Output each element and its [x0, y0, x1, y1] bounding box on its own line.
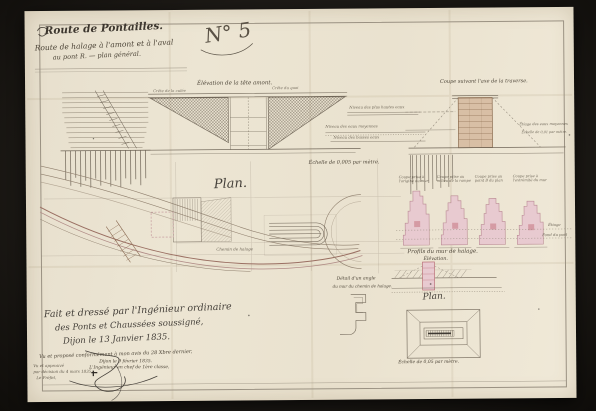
water-line-label-1: Niveau des plus hautes eaux — [349, 105, 404, 110]
plan-scale-note: Échelle de 0,005 par mètre. — [309, 160, 380, 166]
profiles-label-fond: Fond du port — [542, 233, 567, 237]
signature-stamp3: Le Préfet, — [36, 376, 56, 381]
signature-note3: L'Ingénieur en chef de 1ère classe, — [89, 366, 169, 372]
profiles-caption-line1: Profils du mur de halage. — [407, 249, 478, 256]
culvert-scale-note: Échelle de 0,05 par mètre. — [398, 361, 459, 366]
elevation-abutments-linework — [148, 92, 425, 154]
culvert-detail-linework — [391, 261, 505, 358]
profile-caption-3: Coupe prise au point B du plan — [475, 175, 511, 183]
corner-detail-caption-1: Détail d'un angle — [337, 277, 376, 282]
elevation-quay-linework — [60, 90, 151, 188]
profile-caption-1: Coupe prise à l'origine du mur — [399, 176, 435, 184]
corner-detail-caption-2: du mur du chemin de halage. — [333, 284, 393, 289]
plan-label-towpath: Chemin de halage — [216, 247, 253, 252]
section-label-etiage: Étiage des eaux moyennes — [519, 123, 567, 127]
profiles-label-etiage: Étiage — [548, 223, 560, 227]
profile-caption-4: Coupe prise à l'extrémité du mur — [513, 175, 549, 183]
signature-stamp1: Vu et approuvé — [33, 364, 64, 369]
elevation-label-right-crest: Crête du quai — [272, 86, 298, 90]
profiles-caption-line2: Élévation. — [423, 257, 447, 262]
section-title: Coupe suivant l'axe de la traverse. — [440, 79, 528, 85]
elevation-title: Élévation de la tête amont. — [197, 80, 272, 87]
profile-caption-2: Coupe prise au milieu de la rampe — [437, 176, 473, 184]
drawing-sheet: Route de Pontailles. Route de halage à l… — [24, 7, 576, 402]
corner-detail-linework — [340, 294, 366, 334]
water-line-label-2: Niveau des eaux moyennes — [325, 124, 377, 129]
water-line-label-3: Niveau des basses eaux — [333, 135, 379, 140]
wall-profiles-linework — [396, 190, 571, 248]
culvert-plan-label: Plan. — [423, 292, 446, 303]
signature-stamp2: par décision du 4 mars 1835. — [33, 370, 92, 375]
plan-title: Plan. — [214, 177, 248, 193]
section-scale-note: Échelle de 0,01 par mètre. — [521, 131, 567, 135]
elevation-label-left-crest: Crête de la culée — [153, 89, 186, 93]
